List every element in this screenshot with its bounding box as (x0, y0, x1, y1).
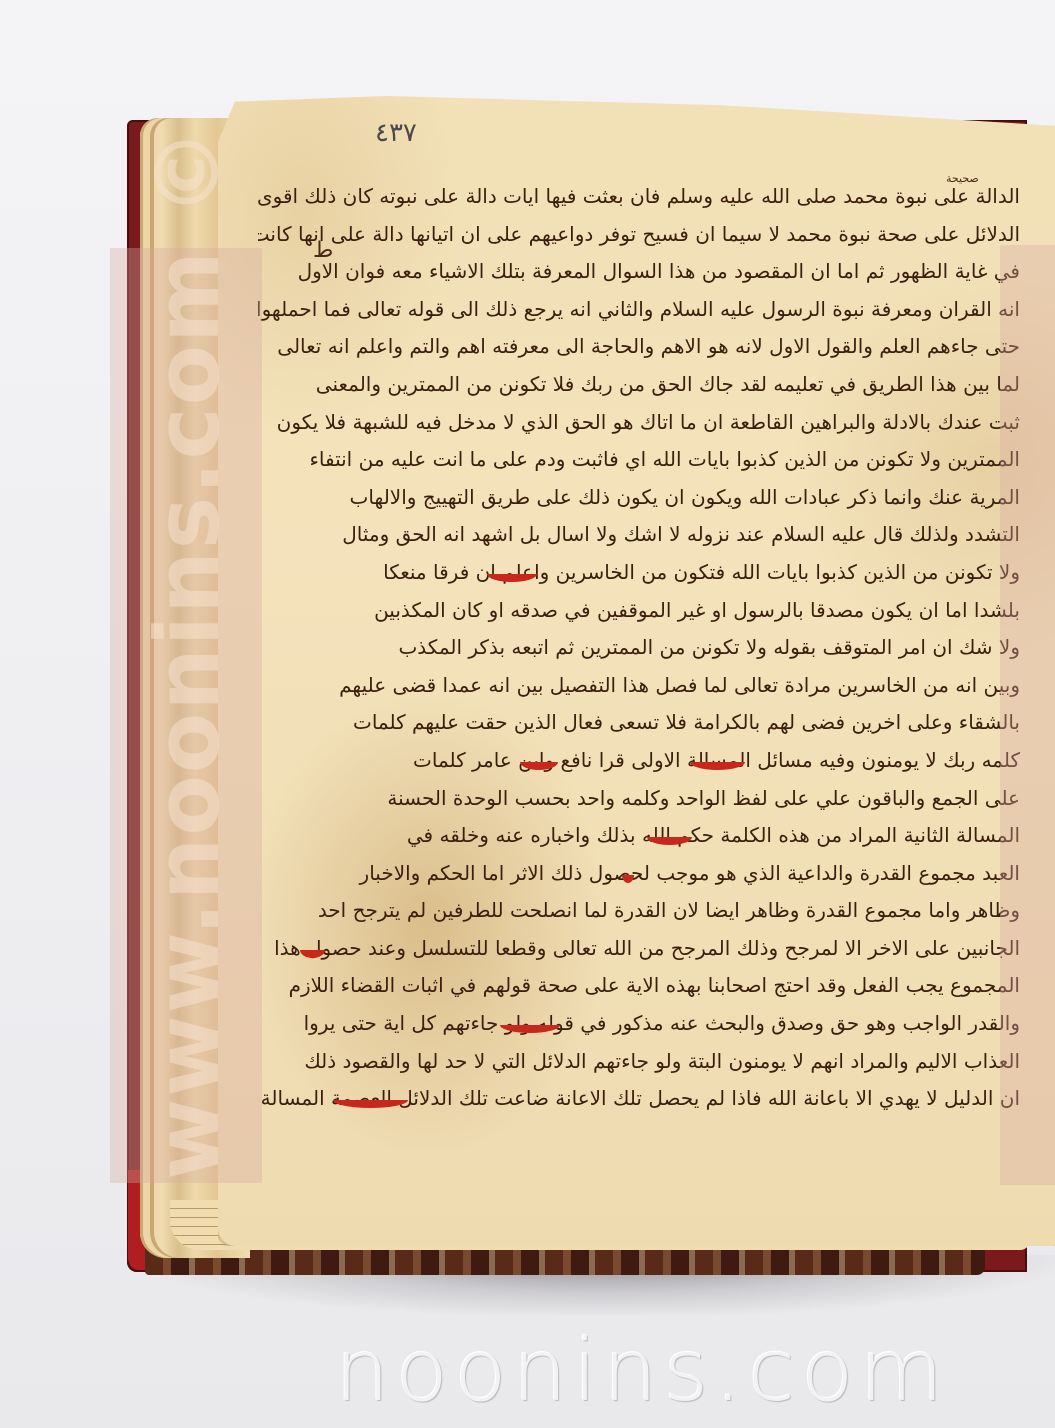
text-line: وظاهر واما مجموع القدرة وظاهر ايضا لان ا… (258, 892, 1020, 930)
text-line: كلمه ربك لا يومنون وفيه مسائل المسالة ال… (258, 742, 1020, 780)
text-line: في غاية الظهور ثم اما ان المقصود من هذا … (258, 253, 1020, 291)
text-line: بالشقاء وعلى اخرين فضى لهم بالكرامة فلا … (258, 704, 1020, 742)
folio-number: ٤٣٧ (375, 118, 417, 148)
text-line: المسالة الثانية المراد من هذه الكلمة حكم… (258, 817, 1020, 855)
watermark-vertical-text: www.noonins.com © (118, 245, 258, 1180)
text-line: التشدد ولذلك قال عليه السلام عند نزوله ل… (258, 516, 1020, 554)
watermark-band-right (1000, 245, 1055, 1185)
text-line: ولا تكونن من الذين كذبوا بايات الله فتكو… (258, 554, 1020, 592)
text-line: العبد مجموع القدرة والداعية الذي هو موجب… (258, 855, 1020, 893)
text-line: ان الدليل لا يهدي الا باعانة الله فاذا ل… (258, 1080, 1020, 1118)
text-line: الدالة على نبوة محمد صلى الله عليه وسلم … (258, 178, 1020, 216)
text-line: بلشدا اما ان يكون مصدقا بالرسول او غير ا… (258, 592, 1020, 630)
text-line: الجانبين على الاخر الا لمرجح وذلك المرجح… (258, 930, 1020, 968)
text-line: ولا شك ان امر المتوقف بقوله ولا تكونن من… (258, 629, 1020, 667)
text-line: والقدر الواجب وهو حق وصدق والبحث عنه مذك… (258, 1005, 1020, 1043)
text-line: المجموع يجب الفعل وقد احتج اصحابنا بهذه … (258, 967, 1020, 1005)
text-line: الدلائل على صحة نبوة محمد لا سيما ان فسي… (258, 216, 1020, 254)
watermark-bottom-text: noonins.com (335, 1326, 1055, 1416)
text-line: ثبت عندك بالادلة والبراهين القاطعة ان ما… (258, 404, 1020, 442)
text-line: انه القران ومعرفة نبوة الرسول عليه السلا… (258, 291, 1020, 329)
text-line: وبين انه من الخاسرين مرادة تعالى لما فصل… (258, 667, 1020, 705)
manuscript-text: الدالة على نبوة محمد صلى الله عليه وسلم … (258, 178, 1020, 1118)
text-line: العذاب الاليم والمراد انهم لا يومنون الب… (258, 1043, 1020, 1081)
text-line: على الجمع والباقون علي على لفظ الواحد وك… (258, 780, 1020, 818)
text-line: لما بين هذا الطريق في تعليمه لقد جاك الح… (258, 366, 1020, 404)
text-line: المرية عنك وانما ذكر عبادات الله ويكون ا… (258, 479, 1020, 517)
text-line: حتى جاءهم العلم والقول الاول لانه هو الا… (258, 328, 1020, 366)
text-line: الممترين ولا تكونن من الذين كذبوا بايات … (258, 441, 1020, 479)
